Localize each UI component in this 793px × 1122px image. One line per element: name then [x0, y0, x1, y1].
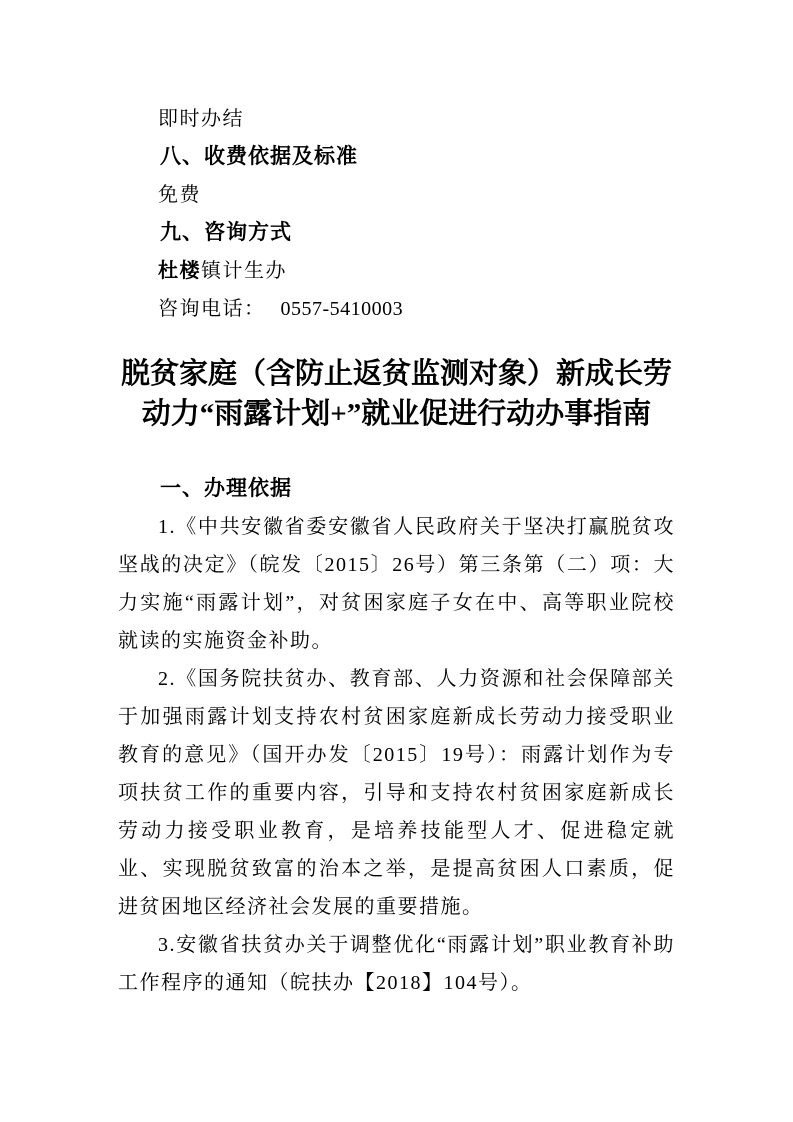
document-page: 即时办结 八、收费依据及标准 免费 九、咨询方式 杜楼镇计生办 咨询电话：055…: [0, 0, 793, 1122]
consult-office-name-bold: 杜楼: [158, 260, 201, 282]
consult-office-name-rest: 镇计生办: [201, 260, 287, 282]
section1-heading: 一、办理依据: [118, 470, 675, 508]
phone-label: 咨询电话：: [158, 298, 266, 320]
document-title-line2: 动力“雨露计划+”就业促进行动办事指南: [118, 394, 675, 434]
document-title-line1: 脱贫家庭（含防止返贫监测对象）新成长劳: [118, 354, 675, 394]
section8-content: 免费: [118, 176, 675, 214]
legal-basis-paragraph-1: 1.《中共安徽省委安徽省人民政府关于坚决打赢脱贫攻坚战的决定》（皖发〔2015〕…: [118, 508, 675, 660]
consult-phone-line: 咨询电话：0557-5410003: [118, 290, 675, 328]
document-title: 脱贫家庭（含防止返贫监测对象）新成长劳 动力“雨露计划+”就业促进行动办事指南: [118, 354, 675, 434]
legal-basis-paragraph-3: 3.安徽省扶贫办关于调整优化“雨露计划”职业教育补助工作程序的通知（皖扶办【20…: [118, 926, 675, 1002]
section8-heading: 八、收费依据及标准: [118, 138, 675, 176]
legal-basis-paragraph-2: 2.《国务院扶贫办、教育部、人力资源和社会保障部关于加强雨露计划支持农村贫困家庭…: [118, 660, 675, 926]
instant-completion-line: 即时办结: [118, 100, 675, 138]
section9-heading: 九、咨询方式: [118, 214, 675, 252]
phone-number: 0557-5410003: [281, 298, 404, 320]
consult-office-line: 杜楼镇计生办: [118, 252, 675, 290]
